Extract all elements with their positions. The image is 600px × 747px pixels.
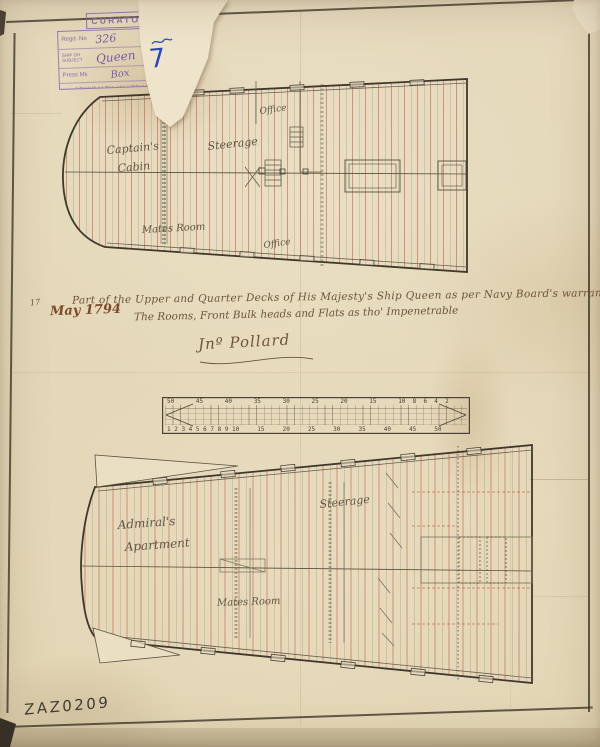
inscription-date: May 1794 — [50, 302, 122, 319]
scanned-ship-plan: CURATOR Regd. No 326 SHIP OR SUBJECT Que… — [0, 0, 600, 747]
press-mark-blue-seven: 7 — [148, 43, 167, 74]
lower-hull-outline — [81, 445, 532, 683]
sheet-frame-right — [588, 14, 590, 712]
repair-patch-top-right — [550, 0, 600, 48]
inscription-line1: Part of the Upper and Quarter Decks of H… — [72, 287, 584, 306]
signature-flourish — [195, 350, 320, 370]
crease-right-a — [530, 479, 590, 480]
label-mates-room-lower: Mates Room — [216, 596, 281, 609]
blue-squiggle-mark — [150, 36, 174, 48]
bottom-edge-tone — [0, 728, 600, 747]
scale-bottom-numbers: 1 2 3 4 5 6 7 8 9 10 15 20 25 30 35 40 4… — [167, 426, 467, 433]
lower-deck-plan: Admiral's Apartment Steerage Mates Room — [78, 438, 538, 693]
repair-patch-top-center — [0, 0, 280, 140]
crease-mid — [10, 372, 588, 373]
inscription-line2: The Rooms, Front Bulk heads and Flats as… — [134, 305, 458, 324]
reference-number: ZAZ0209 — [24, 693, 110, 719]
scale-bar: 50 45 40 35 30 25 20 15 10 8 6 4 2 1 2 3… — [162, 397, 470, 434]
inscription-margin-mark: 17 — [30, 297, 41, 307]
crease-right-b — [533, 596, 590, 597]
